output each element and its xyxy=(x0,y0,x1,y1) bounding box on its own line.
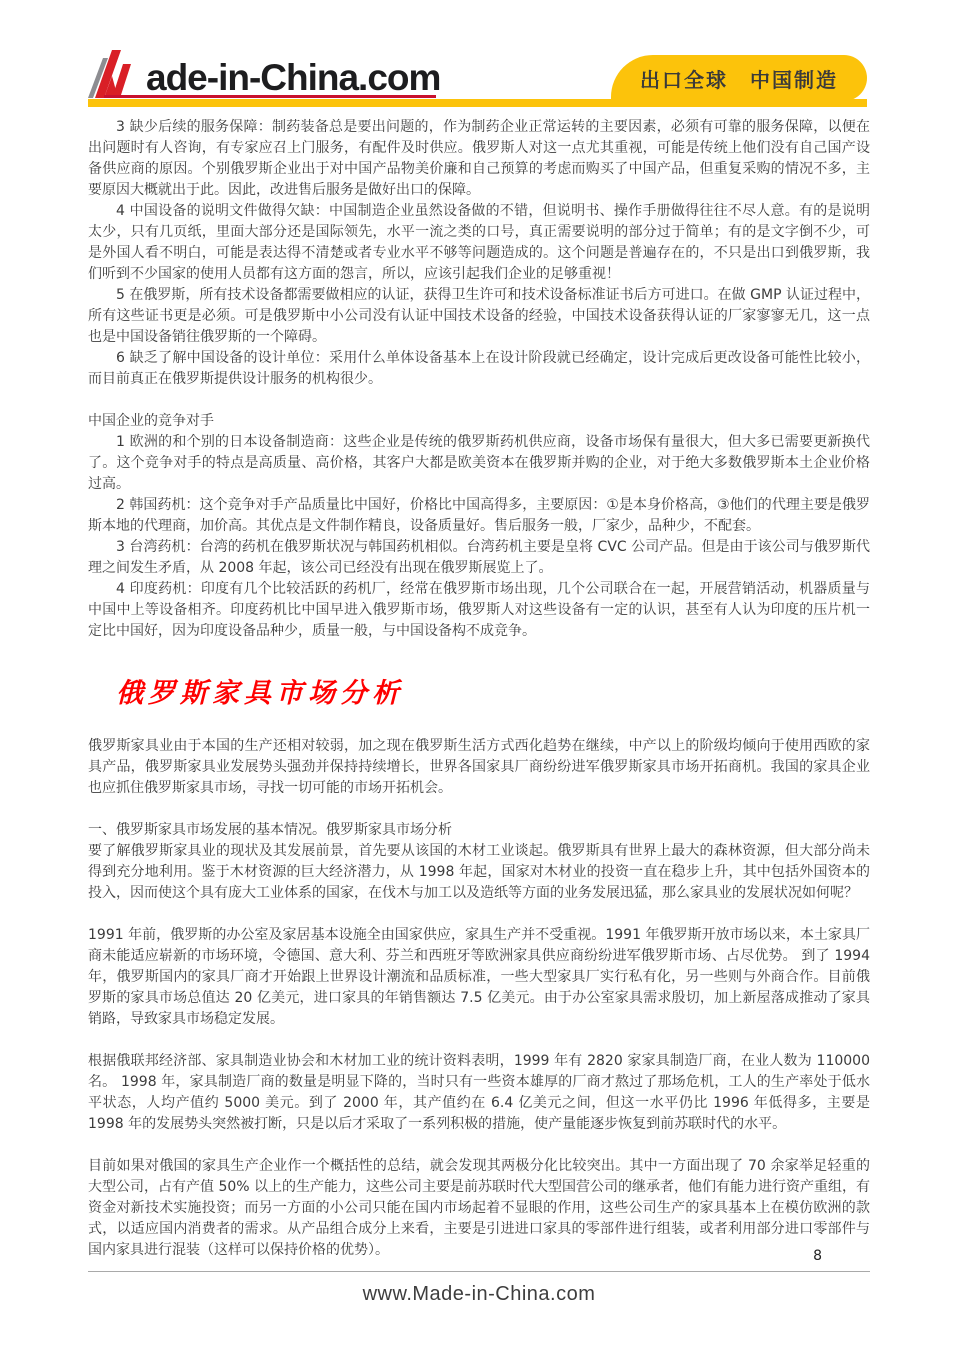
document-content: 3 缺少后续的服务保障：制药装备总是要出问题的，作为制药企业正常运转的主要因素，… xyxy=(88,117,870,1261)
footer: 8 www.Made-in-China.com xyxy=(88,1248,870,1306)
paragraph-documentation: 4 中国设备的说明文件做得欠缺：中国制造企业虽然设备做的不错，但说明书、操作手册… xyxy=(88,201,870,285)
header-banner: 出口全球 中国制造 xyxy=(611,55,867,101)
footer-url-link[interactable]: www.Made-in-China.com xyxy=(88,1283,870,1306)
banner-slogan: 出口全球 中国制造 xyxy=(640,64,838,93)
paragraph-service-guarantee: 3 缺少后续的服务保障：制药装备总是要出问题的，作为制药企业正常运转的主要因素，… xyxy=(88,117,870,201)
paragraph-certification: 5 在俄罗斯，所有技术设备都需要做相应的认证，获得卫生许可和技术设备标准证书后方… xyxy=(88,285,870,348)
paragraph-competitor-korea: 2 韩国药机：这个竞争对手产品质量比中国好，价格比中国高得多，主要原因：①是本身… xyxy=(88,495,870,537)
paragraph-competitor-europe-japan: 1 欧洲的和个别的日本设备制造商：这些企业是传统的俄罗斯药机供应商，设备市场保有… xyxy=(88,432,870,495)
document-page: ade-in-China.com 出口全球 中国制造 3 缺少后续的服务保障：制… xyxy=(0,0,959,1357)
heading-section-one: 一、俄罗斯家具市场发展的基本情况。俄罗斯家具市场分析 xyxy=(88,820,870,841)
paragraph-furniture-intro: 俄罗斯家具业由于本国的生产还相对较弱，加之现在俄罗斯生活方式西化趋势在继续，中产… xyxy=(88,736,870,799)
paragraph-competitor-taiwan: 3 台湾药机：台湾的药机在俄罗斯状况与韩国药机相似。台湾药机主要是皇将 CVC … xyxy=(88,537,870,579)
page-number: 8 xyxy=(88,1248,870,1264)
logo-m-icon xyxy=(88,48,144,100)
paragraph-timber-industry: 要了解俄罗斯家具业的现状及其发展前景，首先要从该国的木材工业谈起。俄罗斯具有世界… xyxy=(88,841,870,904)
paragraph-design-units: 6 缺乏了解中国设备的设计单位：采用什么单体设备基本上在设计阶段就已经确定，设计… xyxy=(88,348,870,390)
paragraph-statistics: 根据俄联邦经济部、家具制造业协会和木材加工业的统计资料表明，1999 年有 28… xyxy=(88,1051,870,1135)
heading-competitors: 中国企业的竞争对手 xyxy=(88,411,870,432)
paragraph-competitor-india: 4 印度药机：印度有几个比较活跃的药机厂，经常在俄罗斯市场出现，几个公司联合在一… xyxy=(88,579,870,642)
paragraph-polarization-summary: 目前如果对俄国的家具生产企业作一个概括性的总结，就会发现其两极分化比较突出。其中… xyxy=(88,1156,870,1261)
heading-furniture-market-analysis: 俄罗斯家具市场分析 xyxy=(88,679,870,709)
logo-text: ade-in-China.com xyxy=(146,56,440,100)
made-in-china-logo: ade-in-China.com xyxy=(88,48,440,100)
logo-underline xyxy=(104,95,436,98)
header: ade-in-China.com 出口全球 中国制造 xyxy=(88,48,867,110)
paragraph-1991-market: 1991 年前，俄罗斯的办公室及家居基本设施全由国家供应，家具生产并不受重视。1… xyxy=(88,925,870,1030)
footer-divider xyxy=(88,1271,870,1272)
